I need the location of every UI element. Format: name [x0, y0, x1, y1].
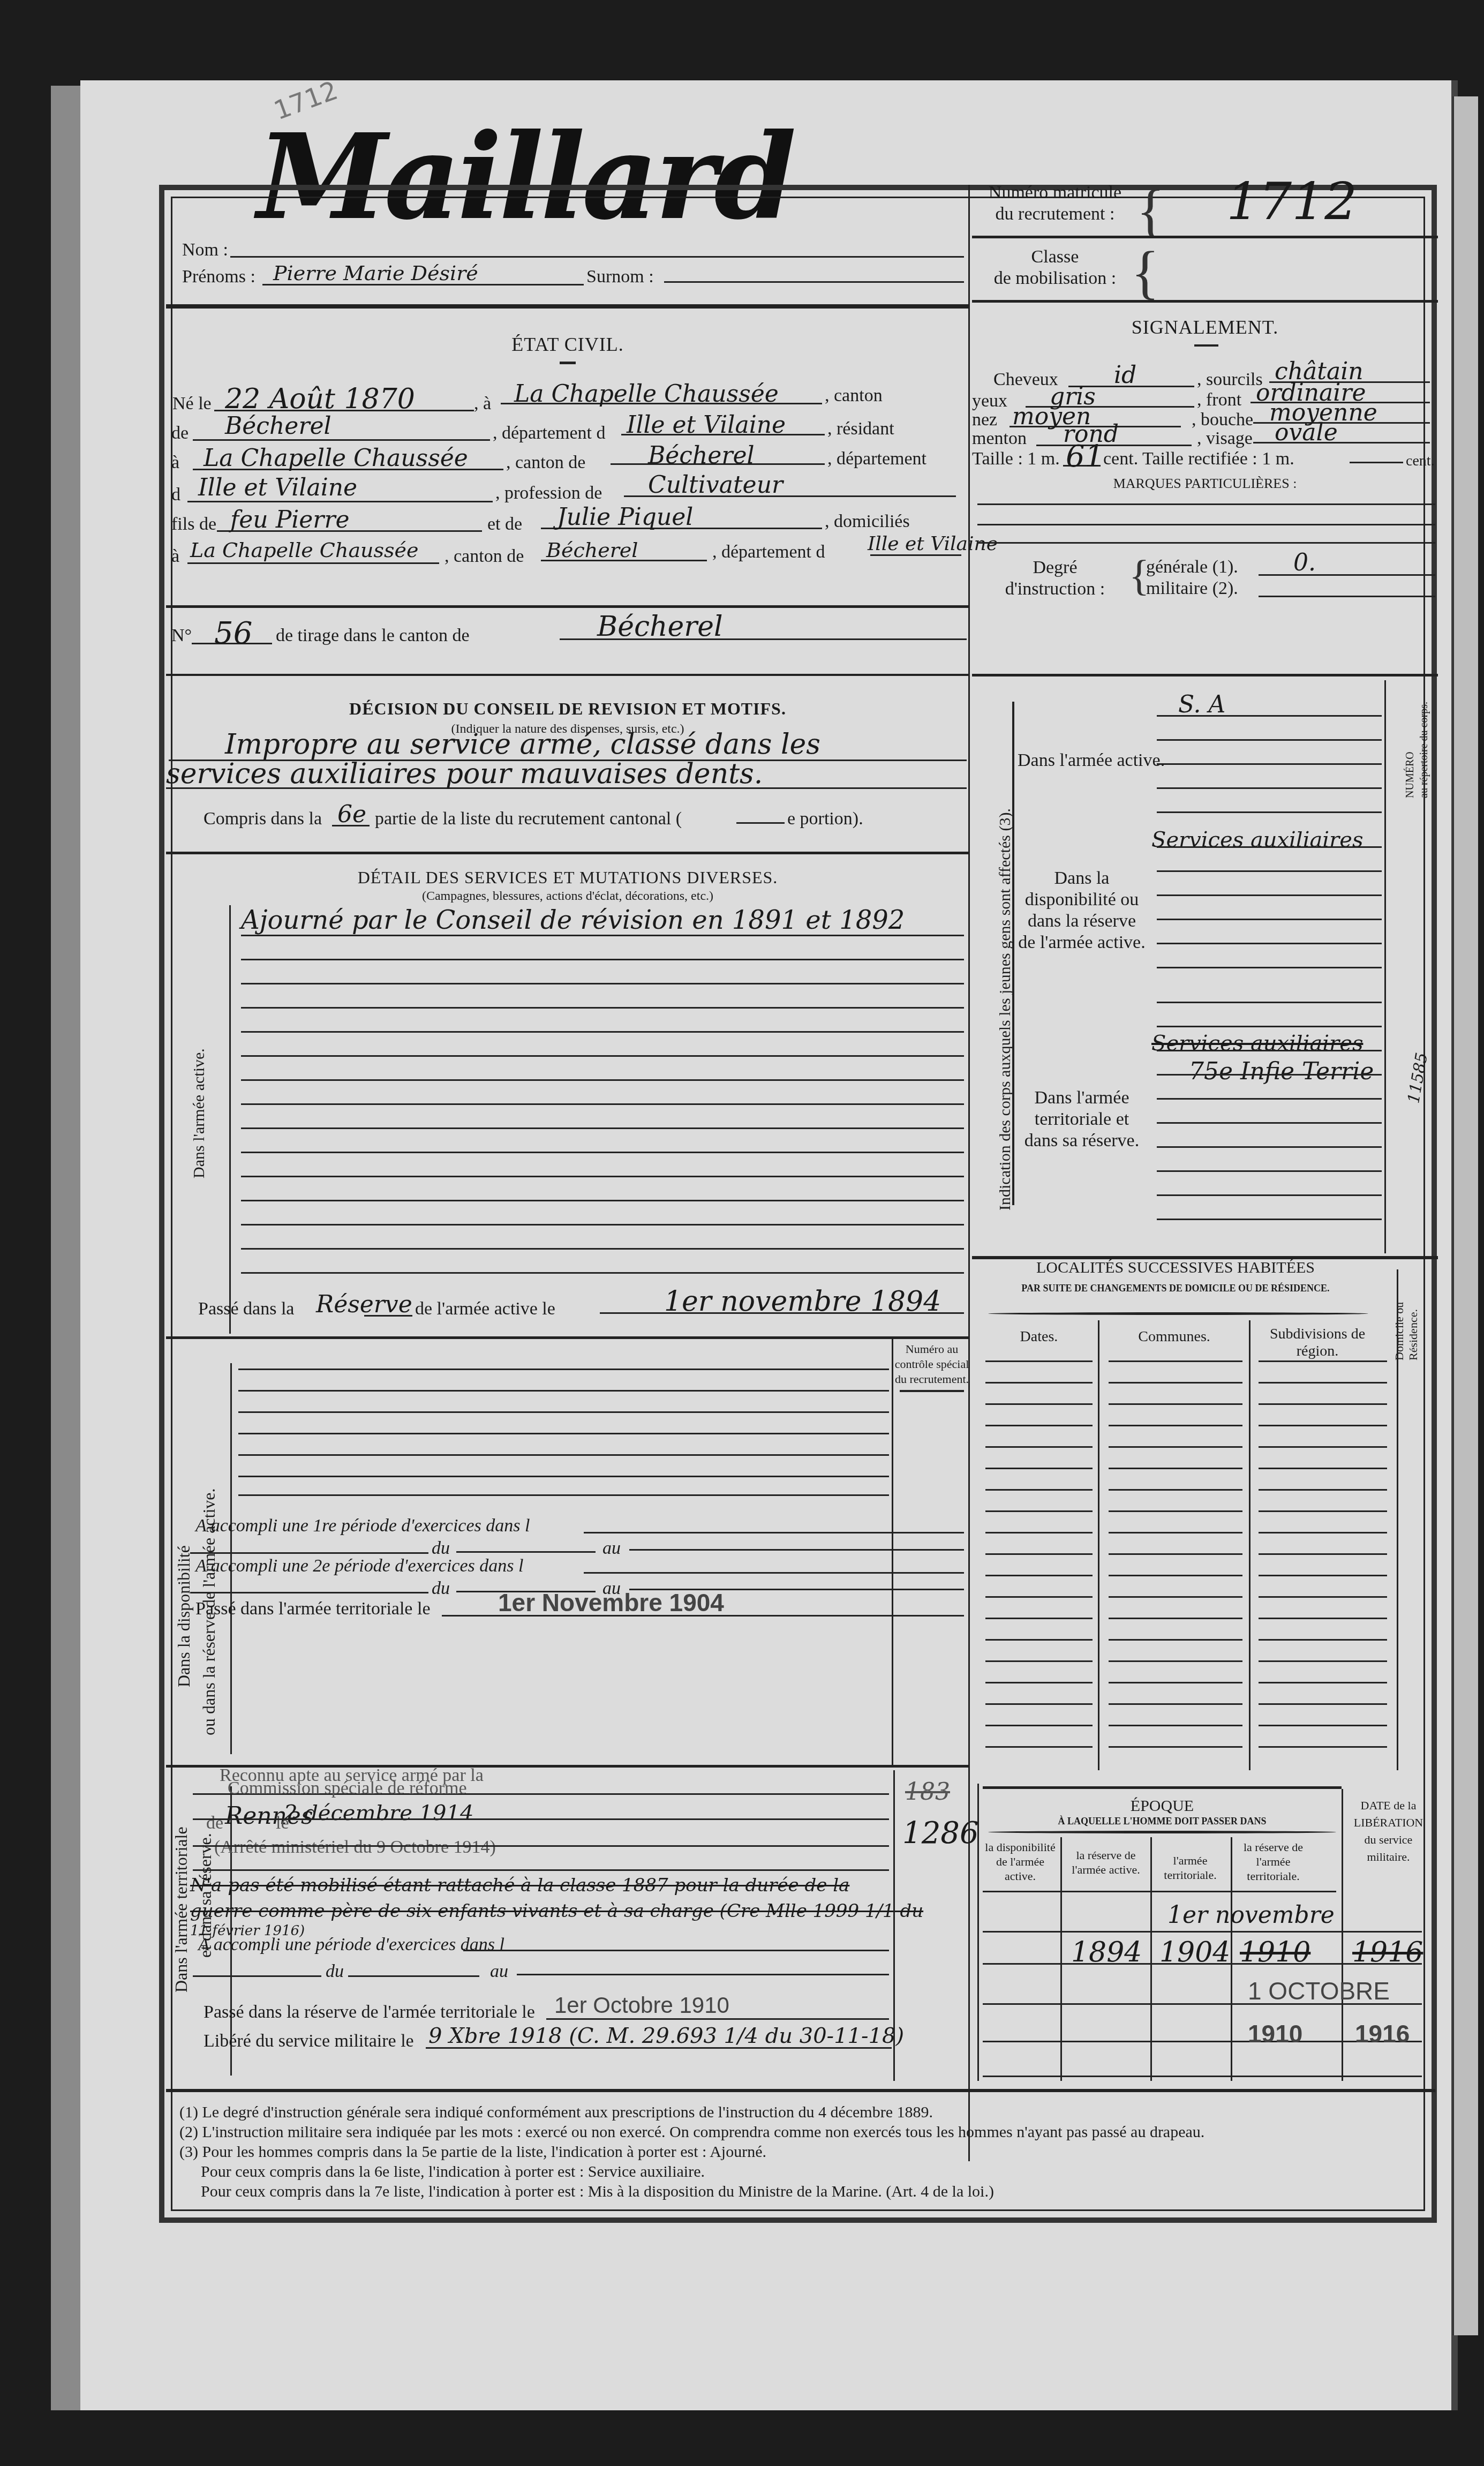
- detail-service-line[interactable]: [241, 1272, 964, 1274]
- localite-commune-line[interactable]: [1109, 1446, 1242, 1448]
- localite-date-line[interactable]: [985, 1575, 1093, 1576]
- localite-subdivision-line[interactable]: [1259, 1510, 1387, 1512]
- passe-territoriale-label: Passé dans l'armée territoriale le: [195, 1599, 431, 1619]
- header-divider: [166, 304, 969, 309]
- degre-instruction-label: Degré d'instruction :: [991, 557, 1119, 600]
- localite-subdivision-line[interactable]: [1259, 1682, 1387, 1683]
- territoriale-note-line-2: guerre comme père de six enfants vivants…: [190, 1900, 923, 1922]
- footnote-2: (2) L'instruction militaire sera indiqué…: [179, 2122, 1204, 2142]
- localite-subdivision-line[interactable]: [1259, 1660, 1387, 1662]
- classe-divider: [972, 300, 1438, 303]
- epoque-territoriale-value: 1904: [1159, 1936, 1230, 1968]
- decision-line-1: Impropre au service armé, classé dans le…: [225, 728, 820, 761]
- departement2-value: Ille et Vilaine: [198, 474, 357, 501]
- affectation-line[interactable]: [1157, 1194, 1382, 1196]
- mere-value: Julie Piquel: [557, 503, 693, 531]
- decision-divider: [166, 852, 969, 854]
- affectation-line[interactable]: [1157, 919, 1382, 920]
- affectation-line[interactable]: [1157, 715, 1382, 717]
- taille-rectifiee-label: cent. Taille rectifiée : 1 m.: [1103, 449, 1294, 469]
- matricule-divider: [972, 236, 1438, 238]
- numero-title-line-1: NUMÉRO: [1403, 702, 1417, 798]
- numero-repertoire-title: NUMÉRO au répertoire du corps.: [1403, 702, 1431, 798]
- localite-subdivision-line[interactable]: [1259, 1532, 1387, 1533]
- numero-controle-divider: [893, 1770, 895, 2081]
- du-label: du: [326, 1961, 344, 1982]
- localite-commune-line[interactable]: [1109, 1553, 1242, 1555]
- domicile-value: La Chapelle Chaussée: [190, 538, 419, 562]
- territoriale-note-line-1: N'a pas été mobilisé étant rattaché à la…: [190, 1875, 849, 1896]
- visage-label: , visage: [1197, 428, 1253, 449]
- detail-service-line[interactable]: [241, 1031, 964, 1033]
- departement3-label: , département d: [712, 542, 825, 562]
- armee-active-label: de l'armée active le: [415, 1299, 555, 1319]
- affectation-line[interactable]: [1157, 1146, 1382, 1148]
- numero-controle-underline: [900, 1390, 964, 1392]
- affectation-line[interactable]: [1157, 787, 1382, 789]
- surnom-label: Surnom :: [586, 267, 654, 287]
- affectation-line[interactable]: [1157, 894, 1382, 896]
- fils-de-label: fils de: [171, 514, 216, 535]
- affectation-line[interactable]: [1157, 763, 1382, 765]
- epoque-stamp-liberation: 1916: [1355, 2019, 1410, 2048]
- generale-label: générale (1).: [1146, 557, 1238, 577]
- visage-value: ovale: [1275, 419, 1338, 446]
- localite-subdivision-line[interactable]: [1259, 1703, 1387, 1705]
- numero-column-divider: [1384, 680, 1386, 1253]
- epoque-top: [983, 1786, 1342, 1789]
- localite-commune-line[interactable]: [1109, 1725, 1242, 1726]
- epoque-day-month: 1er novembre: [1167, 1901, 1335, 1929]
- taille-label: Taille : 1 m.: [972, 449, 1060, 469]
- disponibilite-vertical-label-1: Dans la disponibilité: [174, 1545, 194, 1687]
- domicile-field[interactable]: [187, 562, 439, 564]
- territoriale-periode-label: A accompli une période d'exercices dans …: [198, 1935, 504, 1955]
- canton3-label: , canton de: [445, 546, 524, 567]
- de-label: de: [171, 423, 189, 443]
- cent-label: cent.: [1406, 453, 1435, 470]
- detail-service-line[interactable]: [241, 959, 964, 960]
- periode1-field[interactable]: [584, 1532, 964, 1533]
- profession-value: Cultivateur: [648, 471, 783, 499]
- portion-field[interactable]: [736, 822, 785, 824]
- cheveux-value: id: [1114, 362, 1136, 389]
- localite-date-line[interactable]: [985, 1660, 1093, 1662]
- bouche-label: , bouche: [1192, 410, 1253, 430]
- signalement-title: SIGNALEMENT.: [972, 316, 1438, 339]
- epoque-col-disponibilite: la disponibilité de l'armée active.: [980, 1840, 1060, 1883]
- footnote-5: Pour ceux compris dans la 7e liste, l'in…: [179, 2182, 1204, 2201]
- militaire-field[interactable]: [1259, 596, 1435, 597]
- epoque-col-divider: [1150, 1837, 1152, 2081]
- localite-commune-line[interactable]: [1109, 1639, 1242, 1641]
- matricule-value: 1712: [1226, 171, 1357, 231]
- disponibilite-line[interactable]: [238, 1390, 889, 1392]
- column-divider: [968, 1770, 970, 2081]
- periode1-lieu-field[interactable]: [190, 1552, 428, 1554]
- detail-service-line[interactable]: [241, 935, 964, 936]
- localite-date-line[interactable]: [985, 1553, 1093, 1555]
- marques-line[interactable]: [977, 524, 1435, 525]
- numero-controle-struck: 183: [905, 1778, 950, 1806]
- detail-entry-1: Ajourné par le Conseil de révision en 18…: [241, 905, 905, 935]
- localite-commune-line[interactable]: [1109, 1532, 1242, 1533]
- disponibilite-line[interactable]: [238, 1369, 889, 1370]
- degre-label-line-2: d'instruction :: [991, 578, 1119, 600]
- localites-col-dates: Dates.: [980, 1328, 1098, 1345]
- ne-le-value: 22 Août 1870: [225, 383, 415, 415]
- localite-date-line[interactable]: [985, 1682, 1093, 1683]
- menton-label: menton: [972, 428, 1027, 449]
- epoque-col-reserve-active: la réserve de l'armée active.: [1063, 1848, 1149, 1877]
- partie-value: 6e: [337, 801, 366, 828]
- territoriale-au-field[interactable]: [517, 1974, 889, 1975]
- footnote-divider: [166, 2089, 1435, 2092]
- affectation-line[interactable]: [1157, 846, 1382, 848]
- localites-subtitle: PAR SUITE DE CHANGEMENTS DE DOMICILE OU …: [972, 1283, 1379, 1294]
- commission-date-value: 2 décembre 1914: [284, 1801, 473, 1825]
- localite-subdivision-line[interactable]: [1259, 1489, 1387, 1491]
- decision-title: DÉCISION DU CONSEIL DE REVISION ET MOTIF…: [166, 699, 969, 719]
- passe-value: Réserve: [316, 1291, 412, 1318]
- page-edge: [1452, 96, 1478, 2335]
- localite-date-line[interactable]: [985, 1382, 1093, 1384]
- epoque-stamp-reserve: 1910: [1248, 2019, 1302, 2048]
- territoriale-du-field[interactable]: [348, 1975, 479, 1977]
- detail-service-line[interactable]: [241, 1176, 964, 1177]
- portion-label: e portion).: [787, 809, 863, 829]
- localite-date-line[interactable]: [985, 1725, 1093, 1726]
- epoque-title: ÉPOQUE: [980, 1797, 1344, 1815]
- detail-service-line[interactable]: [241, 1224, 964, 1226]
- generale-value: 0.: [1293, 549, 1316, 576]
- localite-date-line[interactable]: [985, 1489, 1093, 1491]
- a2-label: à: [171, 453, 179, 473]
- liberation-value: 1916: [1352, 1936, 1423, 1968]
- departement3-value: Ille et Vilaine: [868, 533, 998, 555]
- canton2-value: Bécherel: [648, 442, 755, 469]
- marques-line[interactable]: [977, 503, 1435, 505]
- detail-service-line[interactable]: [241, 1007, 964, 1009]
- canton2-label: , canton de: [506, 453, 585, 473]
- cheveux-label: Cheveux: [993, 370, 1058, 390]
- periode1-au-field[interactable]: [629, 1549, 964, 1551]
- localite-subdivision-line[interactable]: [1259, 1725, 1387, 1726]
- localite-commune-line[interactable]: [1109, 1746, 1242, 1748]
- passe-reserve-stamp: 1er Octobre 1910: [554, 1993, 729, 2018]
- localite-commune-line[interactable]: [1109, 1382, 1242, 1384]
- localite-commune-line[interactable]: [1109, 1403, 1242, 1405]
- affectation-territoriale-value: 75e Infie Terrie: [1189, 1058, 1374, 1085]
- affectations-brace: [1012, 702, 1014, 1205]
- localite-subdivision-line[interactable]: [1259, 1596, 1387, 1598]
- canton-value: Bécherel: [225, 412, 332, 440]
- taille-value: 61: [1066, 439, 1104, 474]
- canton-label: , canton: [825, 386, 883, 406]
- detail-brace: [229, 905, 231, 1334]
- affectation-line[interactable]: [1157, 1002, 1382, 1003]
- domicilies-label: , domiciliés: [825, 512, 910, 532]
- au-label: au: [490, 1961, 508, 1982]
- tirage-no-value: 56: [214, 616, 252, 651]
- localite-commune-line[interactable]: [1109, 1468, 1242, 1469]
- disponibilite-line[interactable]: [238, 1454, 889, 1456]
- marques-title: MARQUES PARTICULIÈRES :: [972, 476, 1438, 492]
- a-label: , à: [474, 394, 491, 414]
- localite-date-line[interactable]: [985, 1596, 1093, 1598]
- affectation-label-territoriale: Dans l'armée territoriale et dans sa rés…: [1018, 1087, 1146, 1152]
- affectation-disponibilite-value: Services auxiliaires: [1151, 828, 1363, 852]
- affectation-line[interactable]: [1157, 739, 1382, 741]
- territoriale-periode-field[interactable]: [463, 1950, 889, 1951]
- matricule-label-line-2: du recrutement :: [972, 204, 1138, 225]
- footnotes: (1) Le degré d'instruction générale sera…: [179, 2102, 1204, 2201]
- localite-date-line[interactable]: [985, 1618, 1093, 1619]
- departement-value: Ille et Vilaine: [627, 411, 786, 439]
- front-label: , front: [1197, 390, 1241, 410]
- etat-civil-title: ÉTAT CIVIL.: [166, 333, 969, 356]
- canton3-value: Bécherel: [546, 538, 638, 562]
- localite-date-line[interactable]: [985, 1510, 1093, 1512]
- territoriale-line: [193, 1869, 889, 1871]
- affectation-line[interactable]: [1157, 1098, 1382, 1100]
- periode2-field[interactable]: [584, 1572, 964, 1574]
- passe-label: Passé dans la: [198, 1299, 294, 1319]
- surnom-field[interactable]: [664, 281, 964, 283]
- localite-subdivision-line[interactable]: [1259, 1746, 1387, 1748]
- localite-date-line[interactable]: [985, 1746, 1093, 1748]
- epoque-col-reserve-territoriale: la réserve de l'armée territoriale.: [1232, 1840, 1315, 1883]
- epoque-reserve-territoriale-value: 1910: [1240, 1936, 1310, 1968]
- et-de-label: et de: [487, 514, 522, 535]
- affectation-line[interactable]: [1157, 870, 1382, 872]
- affectations-vertical-title: Indication des corps auxquels les jeunes…: [996, 808, 1014, 1211]
- footnote-3: (3) Pour les hommes compris dans la 5e p…: [179, 2142, 1204, 2162]
- marques-line[interactable]: [977, 542, 1435, 544]
- a3-label: à: [171, 546, 179, 567]
- pere-value: feu Pierre: [230, 506, 349, 533]
- tirage-canton-label: de tirage dans le canton de: [276, 626, 470, 646]
- brace-icon: {: [1131, 238, 1159, 306]
- affectation-label-active: Dans l'armée active.: [1018, 750, 1146, 771]
- localite-commune-line[interactable]: [1109, 1510, 1242, 1512]
- prenoms-value: Pierre Marie Désiré: [273, 261, 478, 285]
- detail-vertical-label: Dans l'armée active.: [190, 1048, 208, 1178]
- periode2-label: A accompli une 2e période d'exercices da…: [195, 1556, 523, 1576]
- localite-date-line[interactable]: [985, 1360, 1093, 1362]
- departement2-label: , département: [827, 449, 926, 469]
- localite-commune-line[interactable]: [1109, 1703, 1242, 1705]
- localite-subdivision-line[interactable]: [1259, 1553, 1387, 1555]
- localites-col-divider: [1098, 1320, 1099, 1770]
- matricule-label: Numéro matricule du recrutement :: [972, 182, 1138, 225]
- territoriale-lieu-field[interactable]: [193, 1975, 321, 1977]
- nez-label: nez: [972, 410, 997, 430]
- localites-col-divider: [1397, 1269, 1398, 1770]
- localite-commune-line[interactable]: [1109, 1618, 1242, 1619]
- periode1-du-field[interactable]: [456, 1551, 596, 1553]
- localites-col-communes: Communes.: [1101, 1328, 1248, 1345]
- localite-subdivision-line[interactable]: [1259, 1360, 1387, 1362]
- localite-subdivision-line[interactable]: [1259, 1382, 1387, 1384]
- classe-label-line-2: de mobilisation :: [972, 268, 1138, 289]
- detail-service-line[interactable]: [241, 1103, 964, 1105]
- taille-rectifiee-field[interactable]: [1350, 462, 1403, 463]
- d-label: d: [171, 485, 180, 505]
- residant-label: , résidant: [827, 419, 894, 439]
- detail-service-line[interactable]: [241, 1248, 964, 1250]
- affectation-line[interactable]: [1157, 1170, 1382, 1172]
- epoque-col-divider: [1231, 1837, 1232, 2081]
- passe-reserve-label: Passé dans la réserve de l'armée territo…: [204, 2002, 535, 2023]
- matricule-label-line-1: Numéro matricule: [972, 182, 1138, 204]
- libere-value: 9 Xbre 1918 (C. M. 29.693 1/4 du 30-11-1…: [428, 2024, 904, 2048]
- localites-brace: [988, 1312, 1368, 1315]
- localite-commune-line[interactable]: [1109, 1596, 1242, 1598]
- militaire-label: militaire (2).: [1146, 578, 1238, 599]
- instruction-divider: [972, 674, 1438, 676]
- detail-service-line[interactable]: [241, 1055, 964, 1057]
- localite-date-line[interactable]: [985, 1403, 1093, 1405]
- disponibilite-line[interactable]: [238, 1494, 889, 1496]
- affectation-line[interactable]: [1157, 943, 1382, 944]
- detail-divider: [166, 1336, 969, 1339]
- localite-commune-line[interactable]: [1109, 1660, 1242, 1662]
- epoque-stamp-1: 1 OCTOBRE: [1248, 1976, 1390, 2005]
- localite-date-line[interactable]: [985, 1425, 1093, 1426]
- title-underline: [1194, 344, 1218, 347]
- prenoms-label: Prénoms :: [182, 267, 255, 287]
- localite-subdivision-line[interactable]: [1259, 1468, 1387, 1469]
- epoque-col-divider: [977, 1784, 979, 2081]
- localite-commune-line[interactable]: [1109, 1425, 1242, 1426]
- numero-title-line-2: au répertoire du corps.: [1417, 702, 1431, 798]
- territoriale-line: [193, 1845, 889, 1847]
- affectation-active-value: S. A: [1178, 691, 1225, 718]
- affectation-line[interactable]: [1157, 811, 1382, 813]
- tirage-no-label: N°: [171, 626, 192, 646]
- detail-service-line[interactable]: [241, 983, 964, 984]
- title-underline: [560, 362, 576, 364]
- localite-subdivision-line[interactable]: [1259, 1403, 1387, 1405]
- periode1-label: A accompli une 1re période d'exercices d…: [195, 1516, 530, 1536]
- lieu-naissance-value: La Chapelle Chaussée: [514, 380, 779, 408]
- departement-label: , département d: [493, 423, 606, 443]
- footnote-4: Pour ceux compris dans la 6e liste, l'in…: [179, 2162, 1204, 2182]
- localite-commune-line[interactable]: [1109, 1682, 1242, 1683]
- commission-label: Commission spéciale de réforme: [228, 1778, 467, 1799]
- localite-subdivision-line[interactable]: [1259, 1618, 1387, 1619]
- degre-label-line-1: Degré: [991, 557, 1119, 578]
- localites-title: LOCALITÉS SUCCESSIVES HABITÉES: [972, 1259, 1379, 1277]
- decision-line-2: services auxiliaires pour mauvaises dent…: [166, 758, 763, 790]
- affectation-line[interactable]: [1157, 1074, 1382, 1076]
- detail-services-title: DÉTAIL DES SERVICES ET MUTATIONS DIVERSE…: [166, 868, 969, 888]
- generale-field[interactable]: [1259, 574, 1435, 576]
- ne-le-label: Né le: [172, 394, 212, 414]
- classe-label-line-1: Classe: [972, 246, 1138, 268]
- epoque-line[interactable]: [983, 2076, 1422, 2077]
- localite-commune-line[interactable]: [1109, 1360, 1242, 1362]
- etat-civil-divider: [166, 605, 969, 608]
- territoriale-line: [193, 1818, 889, 1820]
- epoque-header-line[interactable]: [983, 1891, 1336, 1892]
- localite-date-line[interactable]: [985, 1639, 1093, 1641]
- localite-subdivision-line[interactable]: [1259, 1446, 1387, 1448]
- epoque-subtitle: À LAQUELLE L'HOMME DOIT PASSER DANS: [980, 1816, 1344, 1827]
- nom-field[interactable]: [230, 256, 964, 258]
- detail-service-line[interactable]: [241, 1079, 964, 1081]
- detail-service-line[interactable]: [241, 1152, 964, 1153]
- localite-commune-line[interactable]: [1109, 1489, 1242, 1491]
- arrete-label: (Arrêté ministériel du 9 Octobre 1914): [214, 1837, 496, 1858]
- epoque-col-divider: [1342, 1789, 1343, 2081]
- affectation-line[interactable]: [1157, 1026, 1382, 1027]
- tirage-divider: [166, 674, 969, 676]
- epoque-line[interactable]: [983, 1931, 1422, 1933]
- localite-subdivision-line[interactable]: [1259, 1639, 1387, 1641]
- sourcils-label: , sourcils: [1197, 370, 1263, 390]
- disponibilite-line[interactable]: [238, 1433, 889, 1434]
- localite-subdivision-line[interactable]: [1259, 1575, 1387, 1576]
- liberation-title: DATE de la LIBÉRATION du service militai…: [1347, 1797, 1430, 1866]
- localite-date-line[interactable]: [985, 1446, 1093, 1448]
- localite-date-line[interactable]: [985, 1703, 1093, 1705]
- affectation-line[interactable]: [1157, 1219, 1382, 1220]
- passe-reserve-field[interactable]: [546, 2018, 889, 2020]
- localite-date-line[interactable]: [985, 1532, 1093, 1533]
- detail-service-line[interactable]: [241, 1127, 964, 1129]
- commission-de-label: de: [206, 1813, 223, 1833]
- tirage-canton-value: Bécherel: [597, 611, 723, 643]
- disponibilite-line[interactable]: [238, 1411, 889, 1413]
- brace-icon: {: [1136, 177, 1165, 245]
- residence-value: La Chapelle Chaussée: [204, 445, 468, 472]
- profession-label: , profession de: [495, 483, 602, 503]
- territoriale-vertical-label-1: Dans l'armée territoriale: [171, 1826, 191, 1993]
- footnote-1: (1) Le degré d'instruction générale sera…: [179, 2102, 1204, 2122]
- localites-col-divider: [1249, 1320, 1251, 1770]
- passe-territoriale-stamp: 1er Novembre 1904: [498, 1588, 724, 1617]
- partie-label: partie de la liste du recrutement canton…: [375, 809, 682, 829]
- numero-controle-title: Numéro au contrôle spécial du recrutemen…: [894, 1342, 969, 1387]
- armee-active-date-value: 1er novembre 1894: [664, 1285, 941, 1318]
- epoque-col-divider: [1060, 1837, 1062, 2081]
- epoque-col-territoriale: l'armée territoriale.: [1151, 1853, 1229, 1882]
- au-label: au: [602, 1538, 621, 1559]
- localite-commune-line[interactable]: [1109, 1575, 1242, 1576]
- affectation-territoriale-struck-value: Services auxiliaires: [1151, 1031, 1363, 1056]
- du-label: du: [432, 1578, 450, 1599]
- classe-label: Classe de mobilisation :: [972, 246, 1138, 289]
- detail-service-line[interactable]: [241, 1200, 964, 1201]
- localite-subdivision-line[interactable]: [1259, 1425, 1387, 1426]
- compris-label: Compris dans la: [204, 809, 322, 829]
- affectation-line[interactable]: [1157, 1122, 1382, 1124]
- numero-controle-divider: [892, 1336, 893, 1765]
- affectation-line[interactable]: [1157, 967, 1382, 968]
- libere-label: Libéré du service militaire le: [204, 2031, 414, 2051]
- disponibilite-line[interactable]: [238, 1476, 889, 1477]
- affectation-line[interactable]: [1157, 1050, 1382, 1051]
- detail-services-subtitle: (Campagnes, blessures, actions d'éclat, …: [166, 889, 969, 904]
- nom-label: Nom :: [182, 240, 228, 260]
- yeux-label: yeux: [972, 391, 1007, 411]
- periode2-lieu-field[interactable]: [190, 1592, 428, 1593]
- epoque-reserve-active-value: 1894: [1071, 1936, 1142, 1968]
- localite-date-line[interactable]: [985, 1468, 1093, 1469]
- localites-col-subdivisions: Subdivisions de région.: [1251, 1326, 1384, 1360]
